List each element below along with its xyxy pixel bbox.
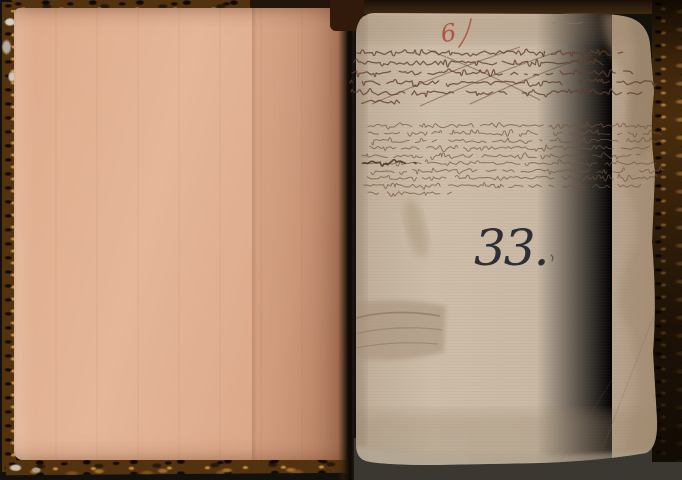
book-scan: 6 33.	[0, 0, 682, 480]
left-flyleaf-page	[14, 8, 347, 460]
page-number: 33.	[474, 219, 548, 277]
tape-stain	[352, 300, 446, 360]
manuscript-page: 6 33.	[348, 0, 682, 480]
binding-bottom-edge	[6, 458, 354, 475]
page-number-group: 33.	[474, 219, 553, 277]
worn-corner-bottom-left	[4, 461, 50, 476]
